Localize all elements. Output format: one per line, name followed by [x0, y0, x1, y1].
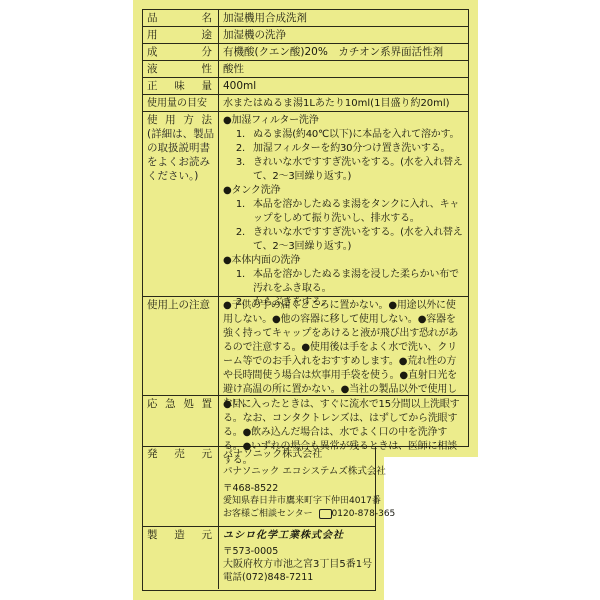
value-usage-guideline: 水またはぬるま湯1Lあたり10ml(1目盛り約20ml): [223, 95, 464, 110]
step-number: 2.: [223, 226, 253, 254]
key-use: 用途: [143, 27, 219, 43]
value-manufacturer: ユシロ化学工業株式会社 〒573-0005 大阪府枚方市池之宮3丁目5番1号 電…: [223, 527, 371, 584]
step-text: 本品を溶かしたぬるま湯をタンクに入れ、キャップをしめて振り洗いし、排水する。: [253, 198, 464, 226]
key-char: 成: [147, 46, 158, 59]
row-manufacturer: 製造元 ユシロ化学工業株式会社 〒573-0005 大阪府枚方市池之宮3丁目5番…: [143, 527, 375, 589]
row-distributor: 発売元 パナソニック株式会社 パナソニック エコシステムズ株式会社 〒468-8…: [143, 446, 375, 527]
key-char: 造: [174, 529, 185, 542]
key-precautions: 使用上の注意: [143, 297, 219, 395]
support-phone: 0120-878-365: [332, 509, 396, 519]
distributor-company-1: パナソニック株式会社: [223, 448, 371, 461]
row-use: 用途 加湿機の洗浄: [143, 27, 468, 44]
key-char: 使: [147, 114, 158, 127]
step: 3.きれいな水ですすぎ洗いをする。(水を入れ替えて、2～3回繰り返す。): [223, 156, 464, 184]
key-char: 応: [147, 398, 158, 411]
freedial-icon: [319, 509, 332, 519]
row-net-amount: 正味量 400ml: [143, 78, 468, 95]
step: 1.ぬるま湯(約40℃以下)に本品を入れて溶かす。: [223, 128, 464, 142]
step: 1.本品を溶かしたぬるま湯を浸した柔らかい布で汚れをふき取る。: [223, 268, 464, 296]
value-distributor: パナソニック株式会社 パナソニック エコシステムズ株式会社 〒468-8522 …: [223, 446, 371, 521]
value-ingredients: 有機酸(クエン酸)20% カチオン系界面活性剤: [223, 44, 464, 59]
step-text: 加湿フィルターを約30分つけ置き洗いする。: [253, 142, 450, 156]
key-char: 味: [174, 80, 185, 93]
value-precautions: ●子供の手の届くところに置かない。●用途以外に使用しない。●他の容器に移して使用…: [223, 297, 464, 411]
distributor-address: 愛知県春日井市鷹来町字下仲田4017番: [223, 495, 371, 508]
key-usage-guideline: 使用量の目安: [143, 95, 219, 111]
step-number: 2.: [223, 142, 253, 156]
key-char: 急: [165, 398, 176, 411]
value-product-name: 加湿機用合成洗剤: [223, 10, 464, 25]
step-number: 3.: [223, 156, 253, 184]
step-number: 1.: [223, 198, 253, 226]
key-char: 置: [201, 398, 212, 411]
step-number: 1.: [223, 268, 253, 296]
section-filter-cleaning: ●加湿フィルター洗浄 1.ぬるま湯(約40℃以下)に本品を入れて溶かす。 2.加…: [223, 114, 464, 184]
row-usage-guideline: 使用量の目安 水またはぬるま湯1Lあたり10ml(1目盛り約20ml): [143, 95, 468, 112]
key-char: 発: [147, 448, 158, 461]
key-char: 処: [183, 398, 194, 411]
step: 1.本品を溶かしたぬるま湯をタンクに入れ、キャップをしめて振り洗いし、排水する。: [223, 198, 464, 226]
key-distributor: 発売元: [143, 446, 219, 526]
key-char: 法: [201, 114, 212, 127]
key-text: 使用上の注意: [147, 299, 210, 311]
step: 2.加湿フィルターを約30分つけ置き洗いする。: [223, 142, 464, 156]
key-char: 性: [202, 63, 213, 76]
row-liquid-property: 液性 酸性: [143, 61, 468, 78]
key-char: 方: [183, 114, 194, 127]
key-text: 使用量の目安: [147, 98, 207, 109]
key-how-to-use: 使用方法 (詳細は、製品の取扱説明書をよくお読みください。): [143, 112, 219, 296]
key-char: 液: [147, 63, 158, 76]
key-note-read-manual: (詳細は、製品の取扱説明書をよくお読みください。): [147, 127, 215, 183]
key-manufacturer: 製造元: [143, 527, 219, 589]
key-char: 元: [202, 529, 213, 542]
section-heading: ●本体内面の洗浄: [223, 254, 464, 268]
value-net-amount: 400ml: [223, 78, 464, 93]
key-char: 分: [202, 46, 213, 59]
row-first-aid: 応急処置 ●目に入ったときは、すぐに流水で15分間以上洗眼する。なお、コンタクト…: [143, 396, 468, 446]
section-heading: ●加湿フィルター洗浄: [223, 114, 464, 128]
company-info-table: 発売元 パナソニック株式会社 パナソニック エコシステムズ株式会社 〒468-8…: [142, 446, 376, 591]
distributor-postal: 〒468-8522: [223, 482, 371, 495]
step-text: きれいな水ですすぎ洗いをする。(水を入れ替えて、2～3回繰り返す。): [253, 156, 464, 184]
step-text: きれいな水ですすぎ洗いをする。(水を入れ替えて、2～3回繰り返す。): [253, 226, 464, 254]
row-product-name: 品名 加湿機用合成洗剤: [143, 10, 468, 27]
manufacturer-address: 大阪府枚方市池之宮3丁目5番1号: [223, 558, 371, 571]
row-ingredients: 成分 有機酸(クエン酸)20% カチオン系界面活性剤: [143, 44, 468, 61]
step-number: 1.: [223, 128, 253, 142]
value-use: 加湿機の洗浄: [223, 27, 464, 42]
step-text: 本品を溶かしたぬるま湯を浸した柔らかい布で汚れをふき取る。: [253, 268, 464, 296]
distributor-support: お客様ご相談センター 0120-878-365: [223, 508, 371, 521]
row-precautions: 使用上の注意 ●子供の手の届くところに置かない。●用途以外に使用しない。●他の容…: [143, 297, 468, 396]
manufacturer-phone: 電話(072)848-7211: [223, 571, 371, 584]
key-product-name: 品名: [143, 10, 219, 26]
section-heading: ●タンク洗浄: [223, 184, 464, 198]
key-char: 用: [147, 29, 158, 42]
manufacturer-company: ユシロ化学工業株式会社: [223, 529, 371, 542]
value-how-to-use: ●加湿フィルター洗浄 1.ぬるま湯(約40℃以下)に本品を入れて溶かす。 2.加…: [223, 112, 464, 310]
value-liquid-property: 酸性: [223, 61, 464, 76]
step-text: ぬるま湯(約40℃以下)に本品を入れて溶かす。: [253, 128, 459, 142]
key-char: 製: [147, 529, 158, 542]
key-liquid-property: 液性: [143, 61, 219, 77]
key-char: 売: [174, 448, 185, 461]
row-how-to-use: 使用方法 (詳細は、製品の取扱説明書をよくお読みください。) ●加湿フィルター洗…: [143, 112, 468, 297]
distributor-company-2: パナソニック エコシステムズ株式会社: [223, 465, 371, 478]
key-char: 量: [202, 80, 213, 93]
key-ingredients: 成分: [143, 44, 219, 60]
key-first-aid: 応急処置: [143, 396, 219, 446]
product-info-table: 品名 加湿機用合成洗剤 用途 加湿機の洗浄 成分 有機酸(クエン酸)20% カチ…: [142, 9, 469, 447]
section-tank-cleaning: ●タンク洗浄 1.本品を溶かしたぬるま湯をタンクに入れ、キャップをしめて振り洗い…: [223, 184, 464, 254]
manufacturer-postal: 〒573-0005: [223, 545, 371, 558]
key-char: 用: [165, 114, 176, 127]
key-char: 元: [202, 448, 213, 461]
key-net-amount: 正味量: [143, 78, 219, 94]
key-char: 途: [202, 29, 213, 42]
key-char: 正: [147, 80, 158, 93]
key-char: 品: [147, 12, 158, 25]
step: 2.きれいな水ですすぎ洗いをする。(水を入れ替えて、2～3回繰り返す。): [223, 226, 464, 254]
key-char: 名: [202, 12, 213, 25]
support-center-label: お客様ご相談センター: [223, 509, 313, 519]
